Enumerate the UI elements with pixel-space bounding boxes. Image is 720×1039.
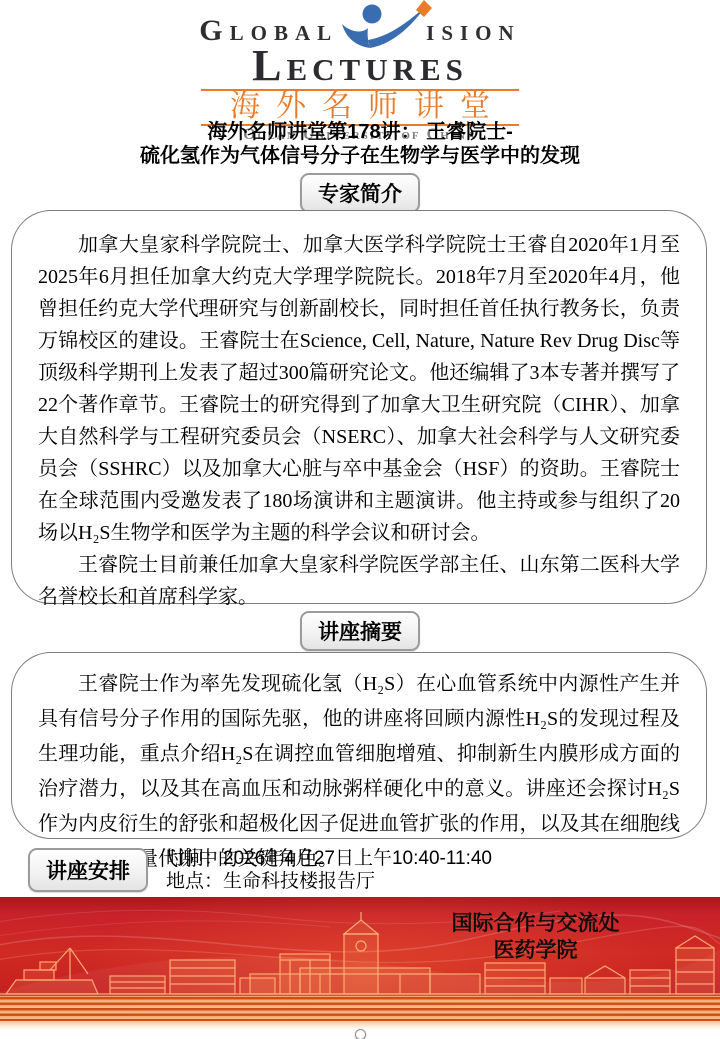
footer-banner: 国际合作与交流处 医药学院 <box>0 897 720 1022</box>
lecture-abstract-box: 王睿院士作为率先发现硫化氢（H₂S）在心血管系统中内源性产生并具有信号分子作用的… <box>11 652 707 839</box>
organizer-line-1: 国际合作与交流处 <box>428 910 643 937</box>
title-line-1: 海外名师讲堂第178讲： 王睿院士- <box>0 120 720 144</box>
bio-paragraph-1: 加拿大皇家科学院院士、加拿大医学科学院院士王睿自2020年1月至2025年6月担… <box>38 229 680 549</box>
page-title: 海外名师讲堂第178讲： 王睿院士- 硫化氢作为气体信号分子在生物学与医学中的发… <box>0 120 720 168</box>
title-line-2: 硫化氢作为气体信号分子在生物学与医学中的发现 <box>0 144 720 168</box>
resize-handle[interactable] <box>355 1029 366 1039</box>
logo-wordmark-row: Global ision <box>0 2 720 46</box>
section-label-expert-intro: 专家简介 <box>300 173 420 213</box>
schedule-details: 时间：2026年4月27日上午10:40-11:40 地点：生命科技楼报告厅 <box>166 847 492 893</box>
logo-seal-text: 海外名师讲堂 <box>201 92 519 122</box>
section-label-schedule: 讲座安排 <box>28 848 148 892</box>
banner-bottom-stripes <box>0 997 720 1022</box>
schedule-time: 时间：2026年4月27日上午10:40-11:40 <box>166 847 492 870</box>
lecture-poster: Global ision Lectures 海外名师讲堂 Ocean Unive… <box>0 0 720 1039</box>
expert-bio-box: 加拿大皇家科学院院士、加拿大医学科学院院士王睿自2020年1月至2025年6月担… <box>11 210 707 604</box>
schedule-row: 讲座安排 时间：2026年4月27日上午10:40-11:40 地点：生命科技楼… <box>28 847 700 893</box>
organizer-names: 国际合作与交流处 医药学院 <box>428 910 643 964</box>
schedule-location: 地点：生命科技楼报告厅 <box>166 870 492 893</box>
logo-word-lectures: Lectures <box>252 44 468 88</box>
organizer-line-2: 医药学院 <box>428 937 643 964</box>
abstract-paragraph-1: 王睿院士作为率先发现硫化氢（H₂S）在心血管系统中内源性产生并具有信号分子作用的… <box>38 667 680 877</box>
section-label-lecture-abstract: 讲座摘要 <box>300 611 420 651</box>
bio-paragraph-2: 王睿院士目前兼任加拿大皇家科学院医学部主任、山东第二医科大学名誉校长和首席科学家… <box>38 549 680 613</box>
